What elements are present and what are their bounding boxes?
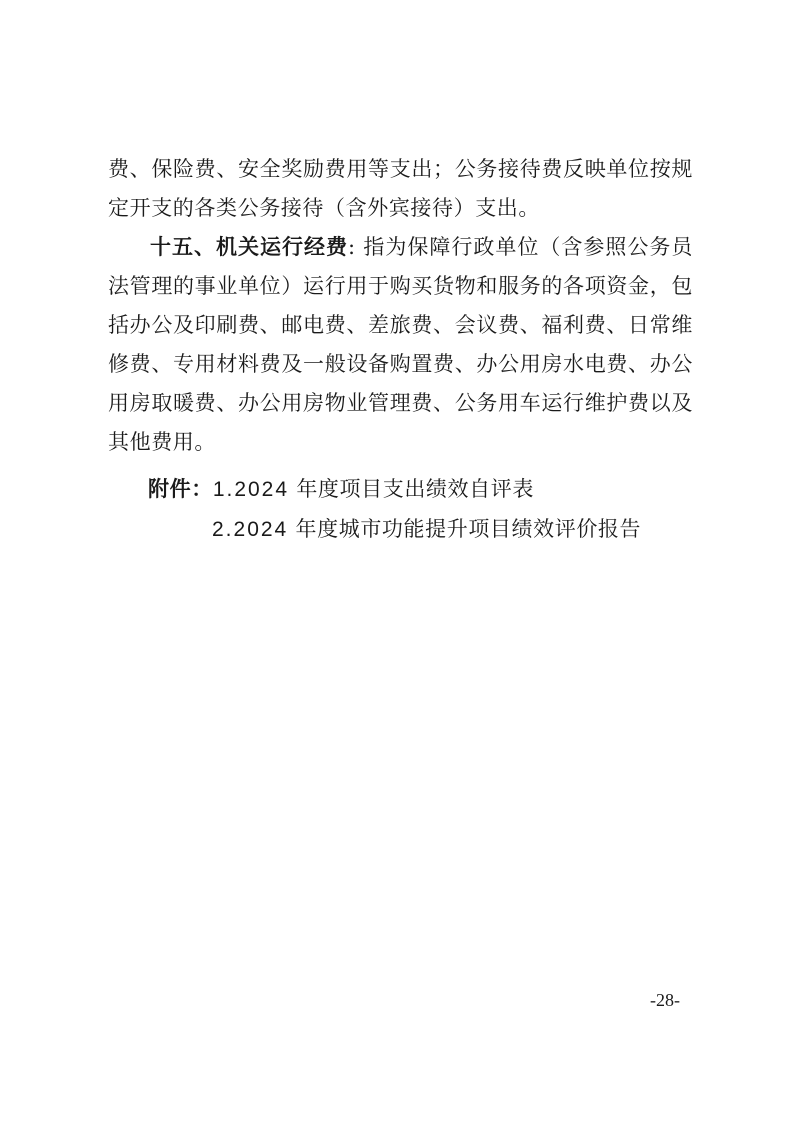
attachment-line-1: 附件：1.2024 年度项目支出绩效自评表	[148, 470, 534, 509]
paragraph-continuation: 费、保险费、安全奖励费用等支出；公务接待费反映单位按规定开支的各类公务接待（含外…	[108, 150, 693, 228]
document-page: 费、保险费、安全奖励费用等支出；公务接待费反映单位按规定开支的各类公务接待（含外…	[0, 0, 793, 1122]
attachment-title: 年度城市功能提升项目绩效评价报告	[296, 517, 642, 541]
attachment-title: 年度项目支出绩效自评表	[296, 477, 534, 501]
attachment-number: 2.2024	[212, 518, 288, 541]
attachment-line-2: 2.2024 年度城市功能提升项目绩效评价报告	[212, 510, 641, 549]
paragraph-text: : 指为保障行政单位（含参照公务员法管理的事业单位）运行用于购买货物和服务的各项…	[108, 235, 693, 454]
paragraph-section-15: 十五、机关运行经费: 指为保障行政单位（含参照公务员法管理的事业单位）运行用于购…	[108, 228, 693, 462]
page-number: -28-	[650, 990, 680, 1011]
attachments-label: 附件：	[148, 477, 213, 501]
attachment-number: 1.2024	[213, 478, 289, 501]
section-heading: 十五、机关运行经费	[150, 235, 348, 259]
paragraph-text: 费、保险费、安全奖励费用等支出；公务接待费反映单位按规定开支的各类公务接待（含外…	[108, 157, 693, 220]
